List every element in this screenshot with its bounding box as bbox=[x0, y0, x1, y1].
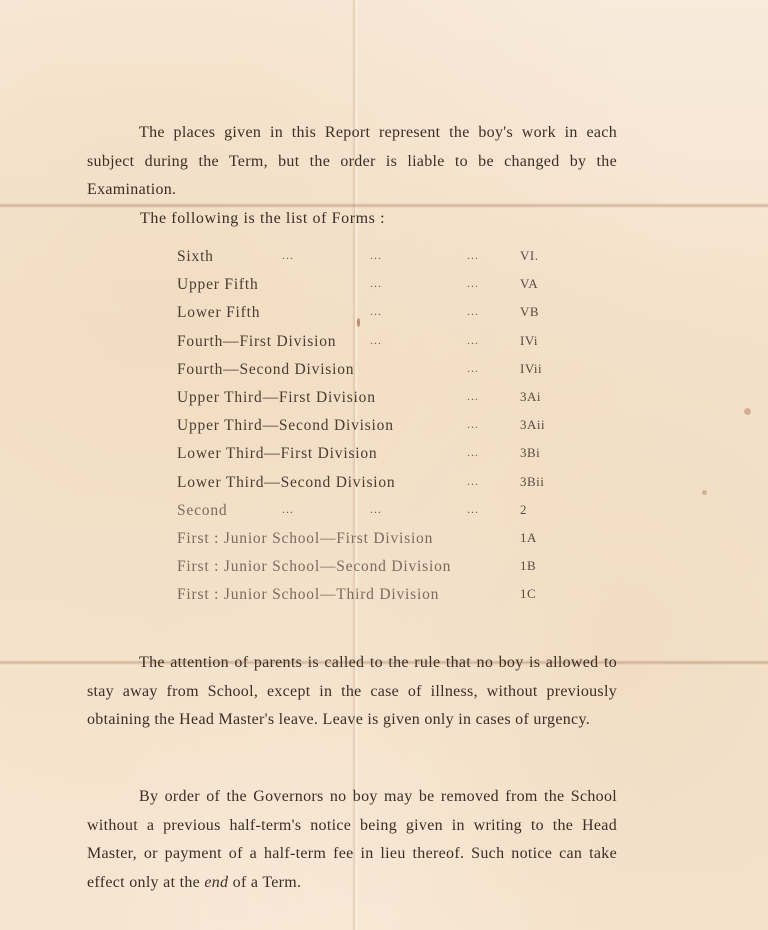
form-name: First : Junior School—Second Division bbox=[177, 558, 451, 576]
form-row-lower-third-second: Lower Third—Second Division ... 3Bii bbox=[177, 474, 557, 502]
form-code: 3Bi bbox=[520, 445, 540, 461]
form-name: Lower Third—Second Division bbox=[177, 474, 395, 492]
leader-dots: ... bbox=[282, 248, 294, 263]
leader-dots: ... bbox=[467, 474, 479, 489]
removal-notice-tail: of a Term. bbox=[228, 874, 301, 891]
form-row-junior-second: First : Junior School—Second Division 1B bbox=[177, 558, 557, 586]
form-code: IVi bbox=[520, 333, 538, 349]
form-code: 1C bbox=[520, 586, 536, 602]
form-row-second: Second ... ... ... 2 bbox=[177, 502, 557, 530]
leader-dots: ... bbox=[467, 389, 479, 404]
form-code: 3Ai bbox=[520, 389, 541, 405]
leader-dots: ... bbox=[467, 333, 479, 348]
leader-dots: ... bbox=[467, 248, 479, 263]
form-row-upper-fifth: Upper Fifth ... ... VA bbox=[177, 276, 557, 304]
attendance-rule-paragraph: The attention of parents is called to th… bbox=[87, 649, 617, 735]
form-code: 2 bbox=[520, 502, 527, 518]
form-name: Fourth—First Division bbox=[177, 333, 336, 351]
form-row-junior-third: First : Junior School—Third Division 1C bbox=[177, 586, 557, 614]
form-code: VA bbox=[520, 276, 538, 292]
form-name: Sixth bbox=[177, 248, 214, 266]
leader-dots: ... bbox=[370, 276, 382, 291]
form-code: VI. bbox=[520, 248, 538, 264]
emphasis-end: end bbox=[204, 874, 228, 891]
form-name: First : Junior School—First Division bbox=[177, 530, 433, 548]
form-name: First : Junior School—Third Division bbox=[177, 586, 439, 604]
form-code: 1A bbox=[520, 530, 537, 546]
form-row-upper-third-second: Upper Third—Second Division ... 3Aii bbox=[177, 417, 557, 445]
form-row-fourth-first: Fourth—First Division ... ... IVi bbox=[177, 333, 557, 361]
leader-dots: ... bbox=[370, 248, 382, 263]
form-row-lower-fifth: Lower Fifth ... ... VB bbox=[177, 304, 557, 332]
leader-dots: ... bbox=[467, 445, 479, 460]
form-code: 3Bii bbox=[520, 474, 544, 490]
removal-notice-text: By order of the Governors no boy may be … bbox=[87, 788, 617, 891]
form-row-sixth: Sixth ... ... ... VI. bbox=[177, 248, 557, 276]
form-name: Second bbox=[177, 502, 227, 520]
form-name: Upper Fifth bbox=[177, 276, 259, 294]
foxing-spot bbox=[744, 408, 751, 415]
form-name: Lower Third—First Division bbox=[177, 445, 377, 463]
foxing-spot bbox=[702, 490, 707, 495]
forms-list: Sixth ... ... ... VI. Upper Fifth ... ..… bbox=[177, 248, 557, 614]
form-name: Upper Third—First Division bbox=[177, 389, 376, 407]
report-places-paragraph: The places given in this Report represen… bbox=[87, 119, 617, 205]
leader-dots: ... bbox=[467, 361, 479, 376]
form-code: 1B bbox=[520, 558, 536, 574]
attendance-rule-text: The attention of parents is called to th… bbox=[87, 654, 617, 728]
form-code: VB bbox=[520, 304, 539, 320]
form-row-junior-first: First : Junior School—First Division 1A bbox=[177, 530, 557, 558]
form-row-fourth-second: Fourth—Second Division ... IVii bbox=[177, 361, 557, 389]
form-name: Fourth—Second Division bbox=[177, 361, 354, 379]
forms-list-heading: The following is the list of Forms : bbox=[140, 210, 385, 228]
leader-dots: ... bbox=[467, 417, 479, 432]
form-name: Upper Third—Second Division bbox=[177, 417, 394, 435]
form-name: Lower Fifth bbox=[177, 304, 260, 322]
form-row-upper-third-first: Upper Third—First Division ... 3Ai bbox=[177, 389, 557, 417]
report-places-text: The places given in this Report represen… bbox=[87, 124, 617, 198]
leader-dots: ... bbox=[467, 304, 479, 319]
form-row-lower-third-first: Lower Third—First Division ... 3Bi bbox=[177, 445, 557, 473]
leader-dots: ... bbox=[467, 276, 479, 291]
leader-dots: ... bbox=[370, 304, 382, 319]
form-code: IVii bbox=[520, 361, 542, 377]
leader-dots: ... bbox=[282, 502, 294, 517]
leader-dots: ... bbox=[370, 333, 382, 348]
removal-notice-paragraph: By order of the Governors no boy may be … bbox=[87, 783, 617, 897]
leader-dots: ... bbox=[467, 502, 479, 517]
form-code: 3Aii bbox=[520, 417, 545, 433]
leader-dots: ... bbox=[370, 502, 382, 517]
